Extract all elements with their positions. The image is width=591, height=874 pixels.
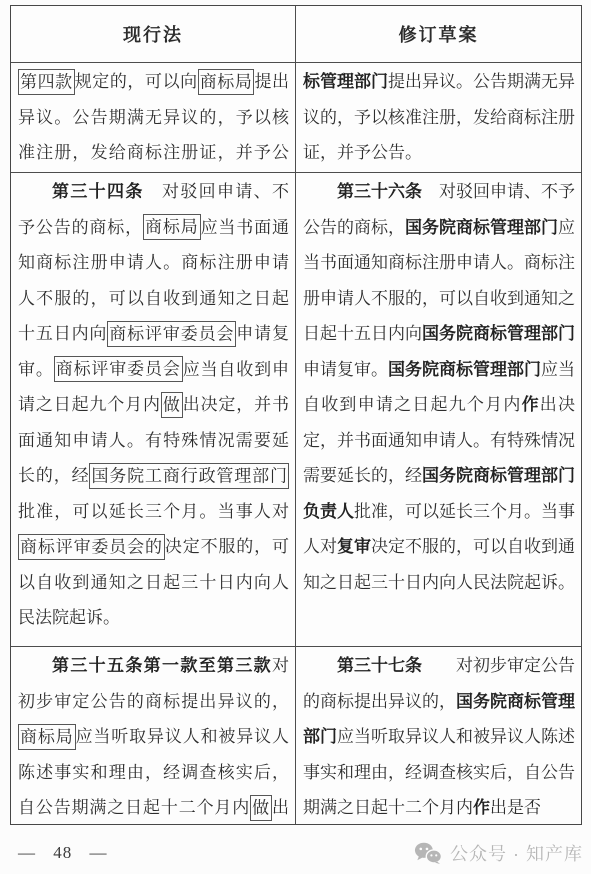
document-page: 现行法 修订草案 第四款规定的，可以向商标局提出异议。公告期满无异议的，予以核准… [0,0,591,874]
cell-paragraph: 第三十七条 对初步审定公告的商标提出异议的，国务院商标管理部门应当听取异议人和被… [303,648,575,824]
text-run: 批准，可以延长三个月。当事人对 [18,502,289,521]
bold-term: 作 [522,395,540,414]
boxed-term: 商标评审委员会的 [18,534,165,560]
cell-revised-draft-article-36: 第三十六条 对驳回申请、不予公告的商标，国务院商标管理部门应当书面通知商标注册申… [296,173,581,647]
bold-term: 国务院商标管理部门 [405,218,558,237]
cell-paragraph: 第三十五条第一款至第三款对初步审定公告的商标提出异议的，商标局应当听取异议人和被… [18,648,289,824]
boxed-term: 做 [250,795,272,821]
wechat-icon [414,842,442,864]
cell-current-law-article-34: 第三十四条 对驳回申请、不予公告的商标，商标局应当书面通知商标注册申请人。商标注… [11,173,296,647]
law-comparison-table: 现行法 修订草案 第四款规定的，可以向商标局提出异议。公告期满无异议的，予以核准… [10,5,582,825]
boxed-term: 商标评审委员会 [54,356,183,382]
cell-current-law-article-35: 第三十五条第一款至第三款对初步审定公告的商标提出异议的，商标局应当听取异议人和被… [11,647,296,824]
boxed-term: 第四款 [18,69,75,95]
bold-term: 标管理部门 [303,72,388,91]
bold-term: 国务院商标管理部门 [422,324,575,343]
text-run: 出是否 [490,798,541,817]
boxed-term: 商标局 [198,69,255,95]
cell-revised-draft-article-37: 第三十七条 对初步审定公告的商标提出异议的，国务院商标管理部门应当听取异议人和被… [296,647,581,824]
boxed-term: 做 [161,392,183,418]
watermark: 公众号 · 知产库 [414,840,583,866]
cell-paragraph: 第三十四条 对驳回申请、不予公告的商标，商标局应当书面通知商标注册申请人。商标注… [18,174,289,636]
column-header-revised-draft: 修订草案 [296,6,581,63]
boxed-term: 商标局 [143,214,201,240]
boxed-term: 国务院工商行政管理部门 [89,463,289,489]
text-run: 规定的，可以向 [75,72,198,91]
bold-term: 国务院商标管理部门 [388,360,541,379]
boxed-term: 商标评审委员会 [107,321,236,347]
column-header-current-law: 现行法 [11,6,296,63]
cell-revised-draft-continuation: 标管理部门提出异议。公告期满无异议的，予以核准注册，发给商标注册证，并予公告。 [296,63,581,173]
bold-term: 第三十五条第一款至第三款 [52,656,272,675]
text-run: 申请复审。 [303,360,388,379]
cell-paragraph: 第三十六条 对驳回申请、不予公告的商标，国务院商标管理部门应当书面通知商标注册申… [303,174,575,600]
boxed-term: 商标局 [18,724,76,750]
bold-term: 复审 [337,537,371,556]
page-footer: — 48 — 公众号 · 知产库 [0,836,591,870]
bold-term: 第三十六条 [337,182,422,201]
watermark-text: 公众号 · 知产库 [450,840,583,866]
bold-term: 第三十七条 [337,656,422,675]
cell-paragraph: 第四款规定的，可以向商标局提出异议。公告期满无异议的，予以核准注册，发给商标注册… [18,64,289,173]
page-number: — 48 — [18,843,108,863]
cell-current-law-continuation: 第四款规定的，可以向商标局提出异议。公告期满无异议的，予以核准注册，发给商标注册… [11,63,296,173]
bold-term: 作 [473,798,490,817]
cell-paragraph: 标管理部门提出异议。公告期满无异议的，予以核准注册，发给商标注册证，并予公告。 [303,64,575,171]
bold-term: 第三十四条 [52,182,144,201]
